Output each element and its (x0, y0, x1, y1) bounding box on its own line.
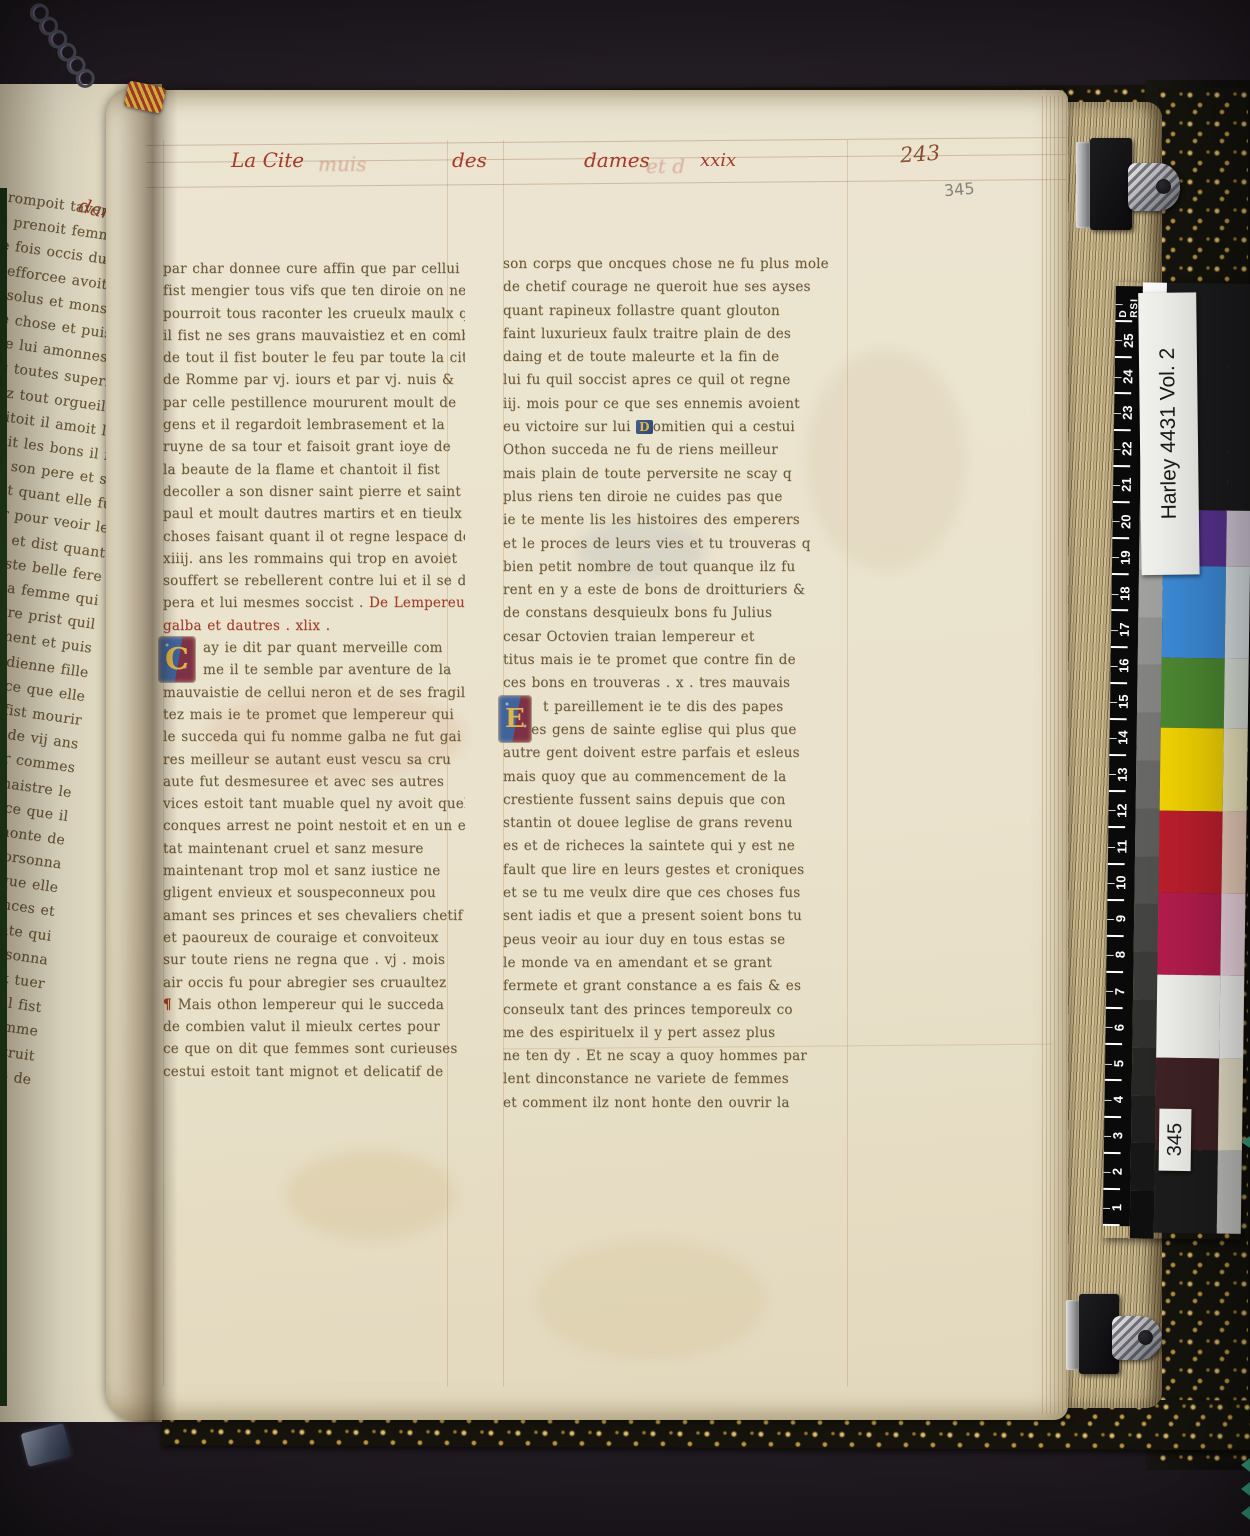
ruler-segment: 12 (1108, 792, 1136, 829)
manuscript-line: et des gens de sainte eglise qui plus qu… (503, 719, 848, 742)
grayscale-step (1133, 951, 1158, 999)
manuscript-line: decoller a son disner saint pierre et sa… (163, 481, 465, 503)
manuscript-line: par char donnee cure affin que par cellu… (163, 258, 465, 280)
manuscript-text-segment: D (636, 420, 653, 434)
manuscript-text-segment: t pareillement ie te dis des papes (543, 699, 783, 715)
manuscript-text-segment: me des espirituelx il y pert assez plus (503, 1025, 775, 1041)
color-patch-pale (1223, 729, 1248, 812)
manuscript-line: gens et il regardoit lembrasement et la (163, 414, 465, 436)
ruler-number: 4 (1111, 1096, 1126, 1103)
manuscript-text-segment: souffert se rebellerent contre lui et il… (163, 573, 465, 589)
manuscript-line: eu victoire sur lui Domitien qui a cestu… (503, 416, 848, 439)
color-patch (1156, 975, 1220, 1059)
manuscript-line: autre gent doivent estre parfais et esle… (503, 742, 848, 765)
ruler-number: 15 (1116, 695, 1131, 710)
ruler-number: 8 (1113, 951, 1128, 958)
manuscript-text-segment: ay ie dit par quant merveille com (203, 640, 443, 656)
grayscale-step (1130, 1190, 1155, 1238)
ruler-segment: 6 (1105, 1009, 1133, 1046)
manuscript-text-segment: air occis fu pour abregier ses cruaultez (163, 975, 446, 991)
ruler-number: 12 (1115, 803, 1130, 818)
manuscript-text-segment: decoller a son disner saint pierre et sa… (163, 484, 461, 500)
manuscript-text-segment: conseulx tant des princes temporeulx co (503, 1002, 793, 1018)
shelfmark-label: Harley 4431 Vol. 2 (1138, 292, 1199, 575)
ruler-number: 9 (1113, 915, 1128, 922)
manuscript-line: fermete et grant constance a es fais & e… (503, 975, 848, 998)
ruler-number: 21 (1119, 478, 1134, 493)
ruler-segment: 16 (1110, 648, 1138, 685)
manuscript-text-segment: fermete et grant constance a es fais & e… (503, 978, 801, 994)
manuscript-line: res meilleur se autant eust vescu sa cru (163, 749, 465, 771)
manuscript-line: cesar Octovien traian lempereur et (503, 626, 848, 649)
manuscript-text-segment: omitien qui a cestui (653, 419, 795, 435)
ruler-segment: 11 (1108, 828, 1136, 865)
manuscript-line: ce que on dit que femmes sont curieuses (163, 1038, 465, 1060)
manuscript-text-segment: aute fut desmesuree et avec ses autres (163, 774, 444, 790)
film-edge-mark (1241, 1482, 1250, 1496)
manuscript-text-segment: faint luxurieux faulx traitre plain de d… (503, 326, 791, 342)
manuscript-line: sent iadis et que a present soient bons … (503, 905, 848, 928)
manuscript-line: Othon succeda ne fu de riens meilleur (503, 439, 848, 462)
manuscript-text-segment: maintenant trop mol et sanz iustice ne (163, 863, 441, 879)
manuscript-line: mauvaistie de cellui neron et de ses fra… (163, 682, 465, 704)
manuscript-text-segment: ruyne de sa tour et faisoit grant ioye d… (163, 439, 451, 455)
grayscale-step (1132, 999, 1157, 1047)
manuscript-line: il fist ne ses grans mauvaistiez et en c… (163, 325, 465, 347)
manuscript-text-segment: autre gent doivent estre parfais et esle… (503, 745, 800, 761)
manuscript-line: mais quoy que au commencement de la (503, 766, 848, 789)
ruler-number: 14 (1116, 731, 1131, 746)
page-clip-top-handle (1128, 163, 1180, 211)
manuscript-line: conseulx tant des princes temporeulx co (503, 999, 848, 1022)
color-patch-pale (1225, 567, 1250, 659)
manuscript-text-segment: plus riens ten diroie ne cuides pas que (503, 489, 783, 505)
ruler-number: 3 (1110, 1132, 1125, 1139)
parchment-stain-1 (286, 1150, 456, 1240)
ruling-line-below-header (146, 179, 1066, 188)
metal-fitting-bottom-left (21, 1423, 72, 1467)
manuscript-text-segment: par celle pestillence moururent moult de (163, 395, 456, 411)
manuscript-line: crestiente fussent sains depuis que con (503, 789, 848, 812)
manuscript-text-segment: quant rapineux follastre quant glouton (503, 303, 780, 319)
manuscript-text-segment: amant ses princes et ses chevaliers chet… (163, 908, 463, 924)
manuscript-text-segment: daing et de toute maleurte et la fin de (503, 349, 779, 365)
color-patch (1158, 811, 1222, 894)
shelfmark-label-text: Harley 4431 Vol. 2 (1156, 348, 1182, 520)
grayscale-step (1132, 1047, 1157, 1095)
manuscript-text-segment: galba et dautres . xlix . (163, 618, 330, 634)
manuscript-line: par celle pestillence moururent moult de (163, 392, 465, 414)
manuscript-text-segment: stantin ot douee leglise de grans revenu (503, 815, 793, 831)
folio-number-ink: 243 (899, 141, 941, 168)
parchment-stain-2 (536, 1240, 766, 1360)
right-page: La Cite muis des dames et d xxix 243 345… (106, 90, 1068, 1420)
manuscript-line: de constans desquieulx bons fu Julius (503, 602, 848, 625)
ruler-number: 22 (1120, 442, 1135, 457)
ruler-number: D RSI (1118, 291, 1140, 318)
manuscript-text-segment: conques arrest ne point nestoit et en un… (163, 818, 465, 834)
ruler-number: 1 (1109, 1204, 1124, 1211)
manuscript-text-segment: ce que on dit que femmes sont curieuses (163, 1041, 457, 1057)
manuscript-text-segment: de constans desquieulx bons fu Julius (503, 605, 772, 621)
manuscript-line: stantin ot douee leglise de grans revenu (503, 812, 848, 835)
manuscript-text-segment: cesar Octovien traian lempereur et (503, 629, 755, 645)
text-column-1: C par char donnee cure affin que par cel… (163, 258, 465, 1083)
manuscript-text-segment: ie te mente lis les histoires des empere… (503, 512, 800, 528)
grayscale-step (1130, 1143, 1155, 1191)
color-patch (1161, 658, 1225, 729)
manuscript-line: iij. mois pour ce que ses ennemis avoien… (503, 393, 848, 416)
ruler-segment: 14 (1109, 720, 1137, 757)
ruler-segment: 20 (1112, 503, 1140, 540)
page-clip-bottom-handle (1112, 1316, 1162, 1360)
manuscript-line: de tout il fist bouter le feu par toute … (163, 347, 465, 369)
manuscript-text-segment: ¶ (163, 997, 178, 1013)
manuscript-text-segment: choses faisant quant il ot regne lespace… (163, 529, 465, 545)
manuscript-line: et le proces de leurs vies et tu trouver… (503, 533, 848, 556)
manuscript-line: galba et dautres . xlix . (163, 615, 465, 637)
manuscript-text-segment: mais quoy que au commencement de la (503, 769, 786, 785)
manuscript-line: cestui estoit tant mignot et delicatif d… (163, 1061, 465, 1083)
manuscript-text-segment: mauvaistie de cellui neron et de ses fra… (163, 685, 465, 701)
manuscript-line: la beaute de la flame et chantoit il fis… (163, 459, 465, 481)
manuscript-line: air occis fu pour abregier ses cruaultez (163, 972, 465, 994)
manuscript-text-segment: et se tu me veulx dire que ces choses fu… (503, 885, 800, 901)
manuscript-text-segment: ne ten dy . Et ne scay a quoy hommes par (503, 1048, 807, 1064)
spiral-binding-coil (25, 2, 99, 94)
grayscale-step (1138, 569, 1163, 617)
manuscript-text-segment: lui fu quil soccist apres ce quil ot reg… (503, 372, 790, 388)
grayscale-step (1137, 665, 1162, 713)
manuscript-photograph: dames xxix occioit il rompoit tavernes e… (0, 0, 1250, 1536)
manuscript-line: plus riens ten diroie ne cuides pas que (503, 486, 848, 509)
grayscale-step (1136, 760, 1161, 808)
manuscript-line: amant ses princes et ses chevaliers chet… (163, 905, 465, 927)
color-patch-pale (1217, 1151, 1242, 1234)
manuscript-line: pera et lui mesmes soccist . De Lempereu… (163, 592, 465, 614)
manuscript-text-segment: le succeda qui fu nomme galba ne fut gai (163, 729, 461, 745)
color-calibration-bar: D RSI25242322212019181716151413121110987… (1103, 282, 1250, 1240)
ruler-segment: 19 (1112, 539, 1140, 576)
manuscript-text-segment: peus veoir au iour duy en tous estas se (503, 932, 785, 948)
manuscript-text-segment: gens et il regardoit lembrasement et la (163, 417, 445, 433)
manuscript-line: ¶ Mais othon lempereur qui le succeda (163, 994, 465, 1016)
manuscript-text-segment: la beaute de la flame et chantoit il fis… (163, 462, 440, 478)
manuscript-text-segment: bien petit nombre de tout quanque ilz fu (503, 559, 795, 575)
manuscript-line: fault que lire en leurs gestes et croniq… (503, 859, 848, 882)
manuscript-line: le monde va en amendant et se grant (503, 952, 848, 975)
manuscript-line: le succeda qui fu nomme galba ne fut gai (163, 726, 465, 748)
ruler-segment: 17 (1111, 611, 1139, 648)
manuscript-line: es et de richeces la saintete qui y est … (503, 835, 848, 858)
manuscript-text-segment: es et de richeces la saintete qui y est … (503, 838, 795, 854)
folio-number-pencil: 345 (943, 179, 975, 201)
ruler-number: 13 (1115, 767, 1130, 782)
color-patch-pale (1218, 1059, 1243, 1151)
grayscale-step (1136, 713, 1161, 761)
ruler-segment: 15 (1110, 684, 1138, 721)
manuscript-text-segment: gligent envieux et souspeconneux pou (163, 885, 436, 901)
grayscale-step (1134, 904, 1159, 952)
manuscript-line: maintenant trop mol et sanz iustice ne (163, 860, 465, 882)
manuscript-line: t pareillement ie te dis des papes (503, 696, 848, 719)
manuscript-line: xiiij. ans les rommains qui trop en avoi… (163, 548, 465, 570)
manuscript-line: faint luxurieux faulx traitre plain de d… (503, 323, 848, 346)
ruler-number: 7 (1112, 987, 1127, 994)
manuscript-text-segment: De Lempereur (369, 595, 465, 611)
manuscript-line: et paoureux de couraige et convoiteux (163, 927, 465, 949)
manuscript-text-segment: paul et moult dautres martirs et en tieu… (163, 506, 462, 522)
manuscript-line: bien petit nombre de tout quanque ilz fu (503, 556, 848, 579)
manuscript-text-segment: cestui estoit tant mignot et delicatif d… (163, 1064, 443, 1080)
manuscript-line: pourroit tous raconter les crueulx maulx… (163, 303, 465, 325)
manuscript-line: lui fu quil soccist apres ce quil ot reg… (503, 369, 848, 392)
ruler-number: 18 (1118, 586, 1133, 601)
manuscript-text-segment: et paoureux de couraige et convoiteux (163, 930, 439, 946)
manuscript-text-segment: xiiij. ans les rommains qui trop en avoi… (163, 551, 457, 567)
manuscript-line: et comment ilz nont honte den ouvrir la (503, 1092, 848, 1115)
running-chapter-number: xxix (700, 150, 736, 171)
ruler-number: 17 (1117, 622, 1132, 637)
manuscript-line: paul et moult dautres martirs et en tieu… (163, 503, 465, 525)
ruler-segment: 9 (1107, 901, 1135, 938)
manuscript-text-segment: sur toute riens ne regna que . vj . mois (163, 952, 445, 968)
manuscript-text-segment: tez mais ie te promet que lempereur qui (163, 707, 454, 723)
ruler-segment: 1 (1103, 1190, 1131, 1227)
manuscript-line: et se tu me veulx dire que ces choses fu… (503, 882, 848, 905)
manuscript-text-segment: ces bons en trouveras . x . tres mauvais (503, 675, 790, 691)
manuscript-text-segment: de combien valut il mieulx certes pour (163, 1019, 440, 1035)
manuscript-line: peus veoir au iour duy en tous estas se (503, 929, 848, 952)
manuscript-text-segment: titus mais ie te promet que contre fin d… (503, 652, 796, 668)
ruler-segment: 7 (1106, 973, 1134, 1010)
manuscript-text-segment: Mais othon lempereur qui le succeda (178, 997, 444, 1013)
manuscript-text-segment: il fist ne ses grans mauvaistiez et en c… (163, 328, 465, 344)
manuscript-line: sur toute riens ne regna que . vj . mois (163, 949, 465, 971)
manuscript-line: vices estoit tant muable quel ny avoit q… (163, 793, 465, 815)
manuscript-text-segment: par char donnee cure affin que par cellu… (163, 261, 465, 277)
ruler-segment: 22 (1113, 431, 1141, 468)
manuscript-text-segment: de Romme par vj. iours et par vj. nuis & (163, 372, 454, 388)
manuscript-text-segment: le monde va en amendant et se grant (503, 955, 772, 971)
decorated-initial-col2: E (499, 696, 531, 743)
manuscript-line: ie te mente lis les histoires des empere… (503, 509, 848, 532)
ruler-number: 24 (1121, 369, 1136, 384)
manuscript-text-segment: pourroit tous raconter les crueulx maulx… (163, 306, 465, 322)
manuscript-line: de combien valut il mieulx certes pour (163, 1016, 465, 1038)
manuscript-line: me des espirituelx il y pert assez plus (503, 1022, 848, 1045)
manuscript-text-segment: de tout il fist bouter le feu par toute … (163, 350, 465, 366)
ruler-segment: 4 (1104, 1081, 1132, 1118)
grayscale-step (1131, 1095, 1156, 1143)
ruler-number: 23 (1120, 405, 1135, 420)
manuscript-line: quant rapineux follastre quant glouton (503, 300, 848, 323)
show-through-ghost-2: et d (646, 154, 685, 178)
page-clip-top (1090, 138, 1132, 230)
manuscript-line: titus mais ie te promet que contre fin d… (503, 649, 848, 672)
color-patch-pale (1226, 511, 1250, 567)
manuscript-line: choses faisant quant il ot regne lespace… (163, 526, 465, 548)
ruler-segment: 13 (1109, 756, 1137, 793)
ruler-segment: 23 (1114, 394, 1142, 431)
ruler-segment: 10 (1107, 864, 1135, 901)
manuscript-text-segment: tat maintenant cruel et sanz mesure (163, 841, 424, 857)
manuscript-line: conques arrest ne point nestoit et en un… (163, 815, 465, 837)
manuscript-text-segment: eu victoire sur lui (503, 419, 636, 435)
manuscript-text-segment: crestiente fussent sains depuis que con (503, 792, 786, 808)
manuscript-text-segment: et le proces de leurs vies et tu trouver… (503, 536, 811, 552)
ruler-segment: 18 (1111, 575, 1139, 612)
manuscript-line: tat maintenant cruel et sanz mesure (163, 838, 465, 860)
manuscript-text-segment: de chetif courage ne queroit hue ses ays… (503, 279, 811, 295)
manuscript-line: gligent envieux et souspeconneux pou (163, 882, 465, 904)
manuscript-line: aute fut desmesuree et avec ses autres (163, 771, 465, 793)
manuscript-text-segment: vices estoit tant muable quel ny avoit q… (163, 796, 465, 812)
manuscript-text-segment: me il te semble par aventure de la (203, 662, 451, 678)
grayscale-step (1138, 617, 1163, 665)
show-through-ghost-1: muis (318, 152, 367, 176)
page-clip-top-silver-strip (1076, 142, 1090, 228)
manuscript-text-segment: mais plain de toute perversite ne scay q (503, 466, 792, 482)
ruler-number: 16 (1117, 658, 1132, 673)
color-patch-pale (1220, 894, 1245, 976)
manuscript-text-segment: pera et lui mesmes soccist . (163, 595, 369, 611)
manuscript-line: de Romme par vj. iours et par vj. nuis & (163, 369, 465, 391)
manuscript-line: me il te semble par aventure de la (163, 659, 465, 681)
page-clip-bottom-silver-strip (1066, 1300, 1079, 1370)
manuscript-text-segment: et des gens de sainte eglise qui plus qu… (503, 722, 797, 738)
manuscript-line: ces bons en trouveras . x . tres mauvais (503, 672, 848, 695)
grayscale-step (1135, 808, 1160, 856)
film-edge-green-strip (0, 188, 7, 1406)
manuscript-line: ay ie dit par quant merveille com (163, 637, 465, 659)
running-title-des: des (452, 148, 487, 172)
manuscript-text-segment: iij. mois pour ce que ses ennemis avoien… (503, 396, 800, 412)
ruler-segment: 2 (1103, 1154, 1131, 1191)
folio-tag-label: 345 (1159, 1109, 1192, 1171)
folio-tag-text: 345 (1163, 1123, 1186, 1157)
color-patch (1160, 728, 1224, 812)
manuscript-line: lent dinconstance ne variete de femmes (503, 1068, 848, 1091)
ruler-segment: 21 (1113, 467, 1141, 504)
color-patch (1162, 566, 1226, 659)
ruler-segment: 8 (1106, 937, 1134, 974)
grayscale-step (1134, 856, 1159, 904)
ruler-number: 20 (1119, 514, 1134, 529)
manuscript-line: ne ten dy . Et ne scay a quoy hommes par (503, 1045, 848, 1068)
running-title-la-cite: La Cite (231, 148, 304, 172)
manuscript-line: mais plain de toute perversite ne scay q (503, 463, 848, 486)
manuscript-text-segment: fist mengier tous vifs que ten diroie on… (163, 283, 465, 299)
ruler-number: 25 (1121, 333, 1136, 348)
ruler-segment: 5 (1105, 1045, 1133, 1082)
manuscript-text-segment: lent dinconstance ne variete de femmes (503, 1071, 789, 1087)
manuscript-text-segment: et comment ilz nont honte den ouvrir la (503, 1095, 790, 1111)
decorated-initial-col1: C (159, 637, 195, 682)
running-title-dames: dames (584, 148, 650, 172)
ruler-number: 5 (1111, 1060, 1126, 1067)
manuscript-line: fist mengier tous vifs que ten diroie on… (163, 280, 465, 302)
ruler-number: 19 (1118, 550, 1133, 565)
film-edge-mark (1241, 1506, 1250, 1520)
ruler-segment: 3 (1104, 1118, 1132, 1155)
manuscript-line: souffert se rebellerent contre lui et il… (163, 570, 465, 592)
color-patch-pale (1219, 976, 1244, 1059)
manuscript-text-segment: son corps que oncques chose ne fu plus m… (503, 256, 829, 272)
manuscript-text-segment: Othon succeda ne fu de riens meilleur (503, 442, 778, 458)
ruler-number: 11 (1114, 840, 1129, 854)
manuscript-text-segment: res meilleur se autant eust vescu sa cru (163, 752, 451, 768)
manuscript-line: rent en y a este de bons de droitturiers… (503, 579, 848, 602)
color-patch-pale (1221, 812, 1246, 894)
manuscript-line: daing et de toute maleurte et la fin de (503, 346, 848, 369)
manuscript-line: son corps que oncques chose ne fu plus m… (503, 253, 848, 276)
ruler-number: 10 (1114, 875, 1129, 890)
color-patch (1157, 893, 1221, 976)
color-patch-pale (1224, 659, 1249, 729)
text-column-2: E son corps que oncques chose ne fu plus… (503, 253, 848, 1115)
ruler-segment: 24 (1114, 358, 1142, 395)
manuscript-line: ruyne de sa tour et faisoit grant ioye d… (163, 436, 465, 458)
manuscript-line: tez mais ie te promet que lempereur qui (163, 704, 465, 726)
manuscript-text-segment: fault que lire en leurs gestes et croniq… (503, 862, 804, 878)
color-patch-pale (1227, 284, 1250, 511)
manuscript-line: de chetif courage ne queroit hue ses ays… (503, 276, 848, 299)
ruler-number: 6 (1112, 1024, 1127, 1031)
manuscript-text-segment: sent iadis et que a present soient bons … (503, 908, 802, 924)
manuscript-text-segment: rent en y a este de bons de droitturiers… (503, 582, 805, 598)
ruler-number: 2 (1110, 1168, 1125, 1175)
